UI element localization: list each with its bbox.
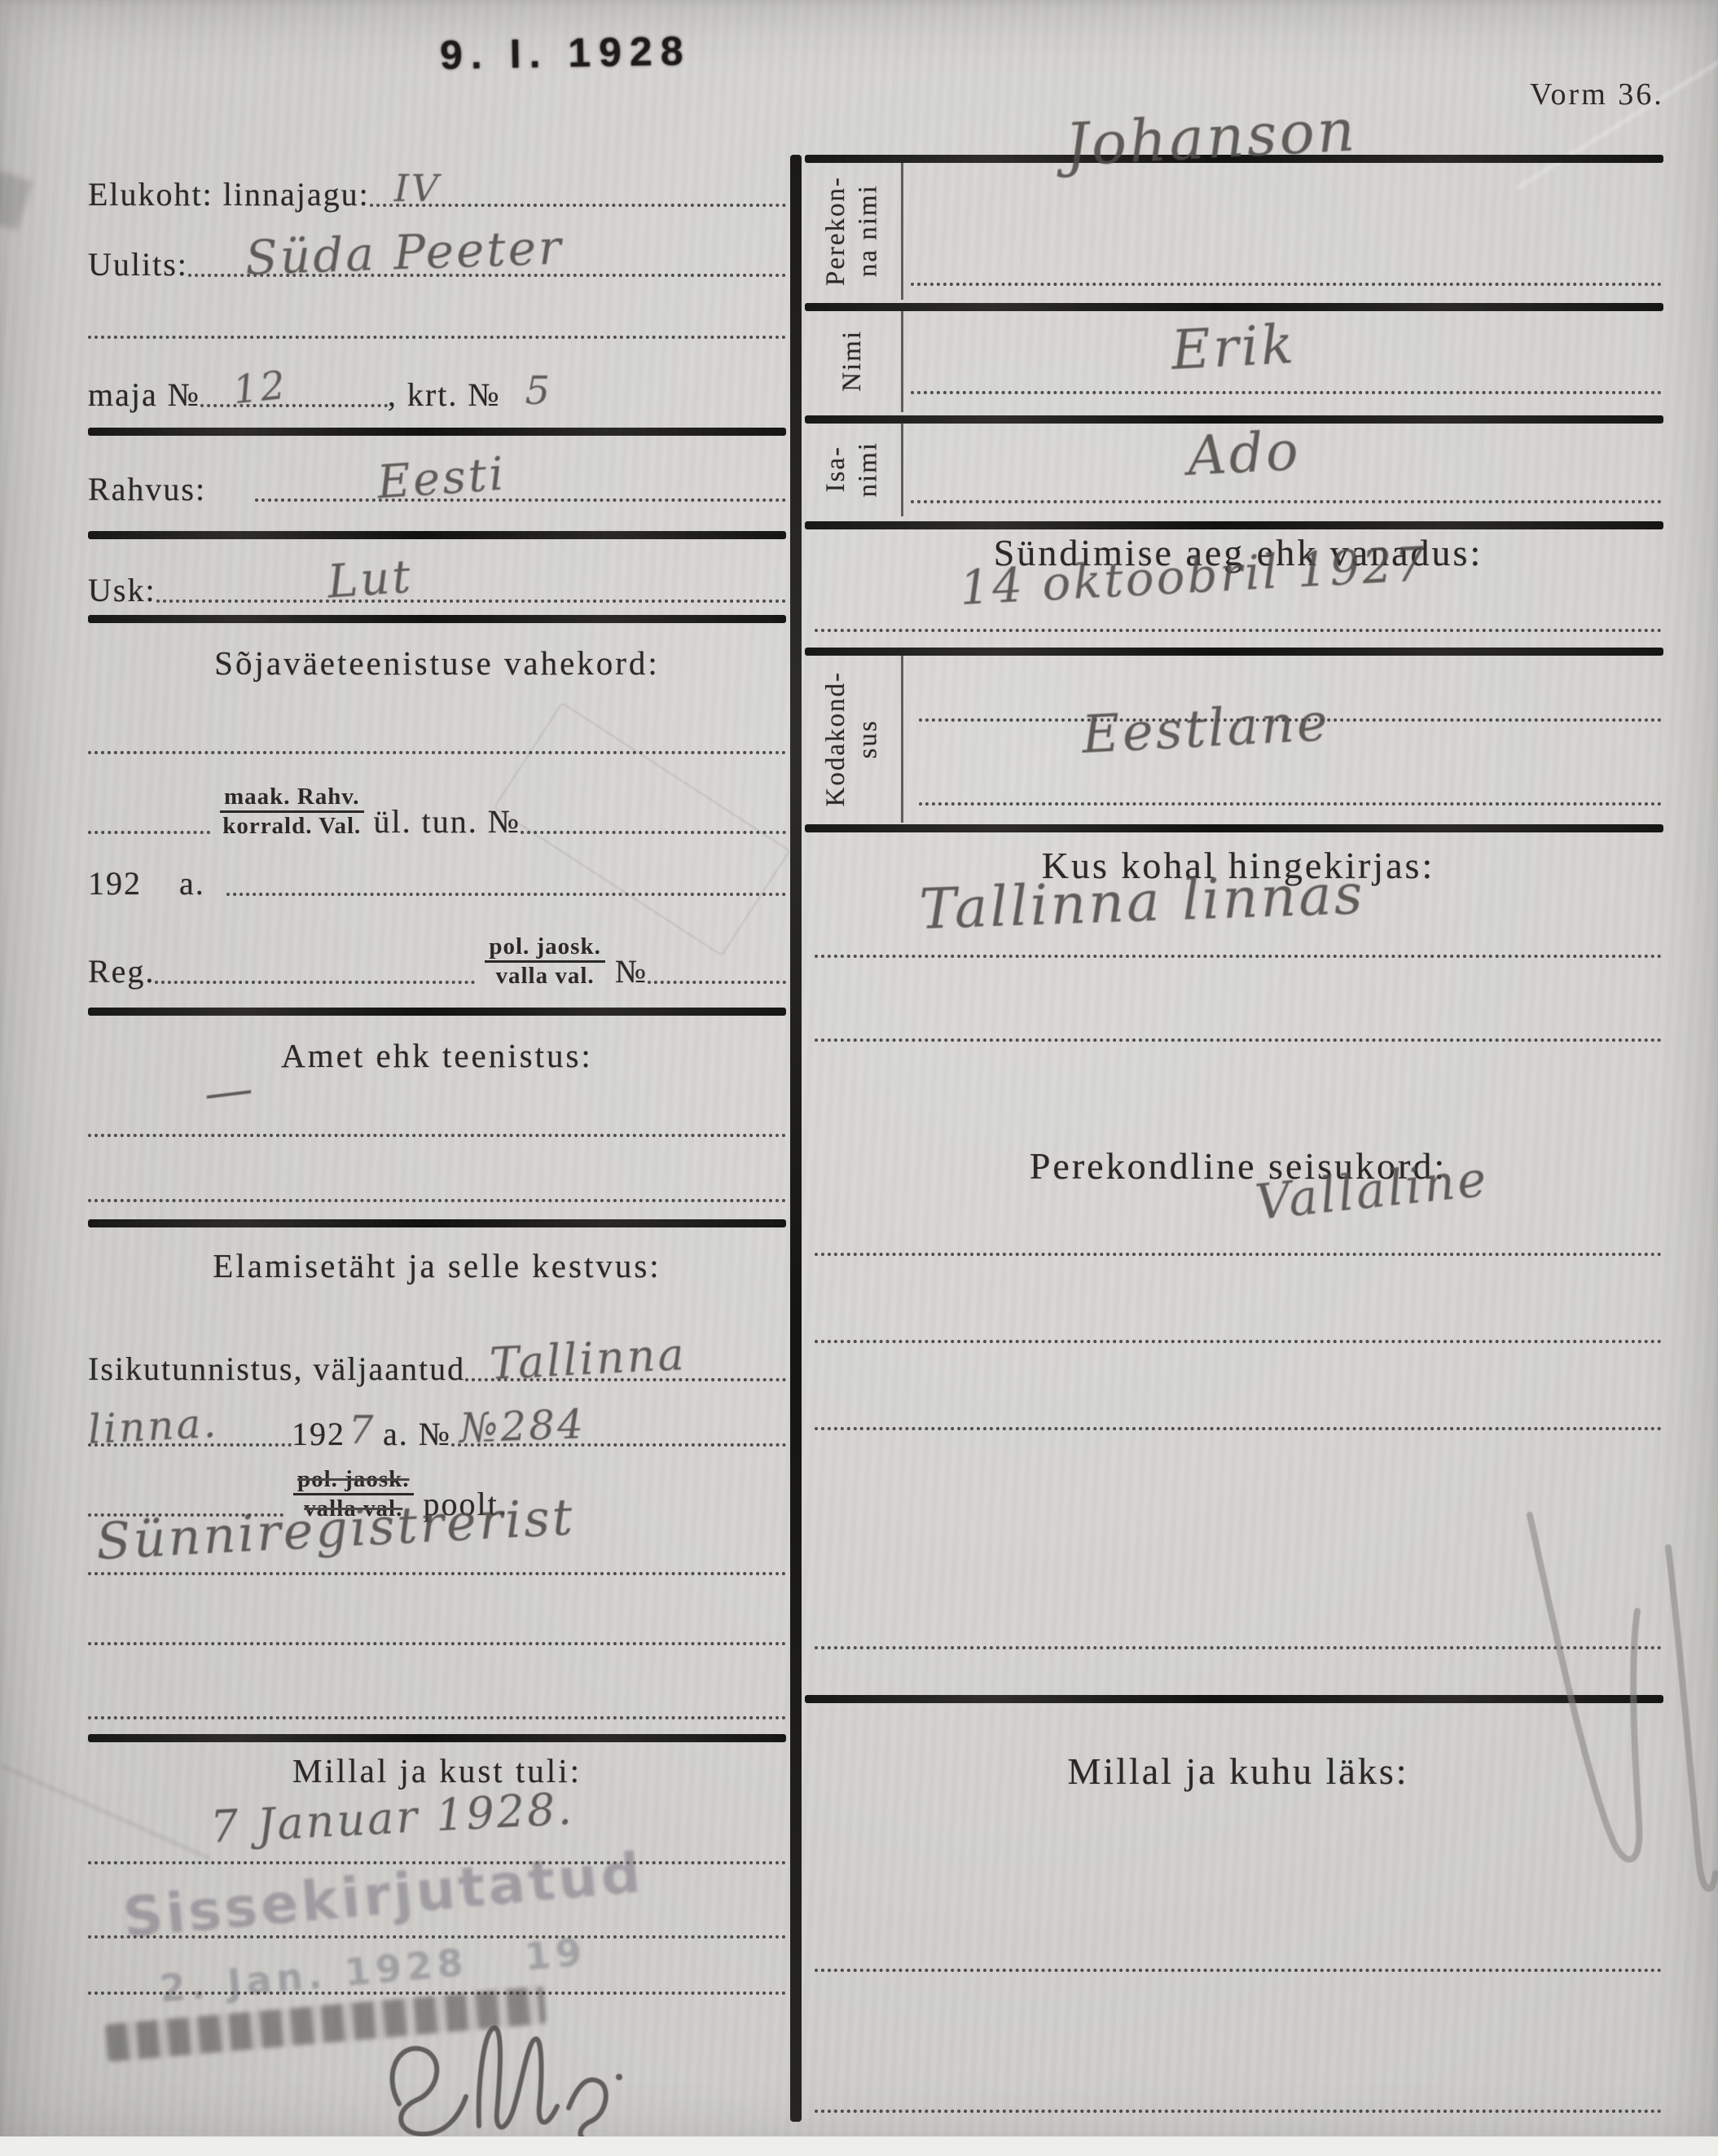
thick-rule bbox=[805, 824, 1663, 832]
dotted-line bbox=[815, 955, 1662, 958]
dotted-line: Tallinna bbox=[465, 1363, 786, 1381]
dotted-line bbox=[88, 1716, 786, 1719]
uulits-label: Uulits: bbox=[88, 245, 188, 283]
dotted-line bbox=[88, 815, 210, 834]
field-rahvus: Rahvus: Eesti bbox=[88, 450, 786, 508]
perekonnanimi-label-cell: Perekon- na nimi bbox=[805, 163, 903, 300]
thick-rule bbox=[88, 1008, 786, 1016]
dotted-line bbox=[815, 1253, 1662, 1256]
maak-fraction-top: maak. Rahv. bbox=[220, 784, 364, 812]
dotted-line: IV bbox=[370, 188, 786, 207]
isanimi-label-cell: Isa- nimi bbox=[805, 422, 903, 516]
amet-heading: Amet ehk teenistus: bbox=[88, 1036, 786, 1075]
reg-no-label: № bbox=[615, 952, 648, 990]
form-number: Vorm 36. bbox=[1530, 77, 1664, 112]
field-year: 192 a. bbox=[88, 850, 786, 902]
field-elukoht: Elukoht: linnajagu: IV bbox=[88, 160, 786, 213]
maak-fraction-bottom: korrald. Val. bbox=[222, 813, 361, 839]
dotted-line bbox=[911, 391, 1662, 394]
thick-rule bbox=[805, 521, 1663, 529]
nimi-label-cell: Nimi bbox=[805, 310, 903, 412]
dotted-line bbox=[815, 1038, 1662, 1042]
pol-fraction: pol. jaosk. valla val. bbox=[485, 933, 605, 989]
thick-rule bbox=[805, 648, 1663, 656]
dotted-line bbox=[815, 1340, 1662, 1343]
thick-rule bbox=[805, 303, 1663, 311]
dotted-line bbox=[88, 336, 786, 339]
dotted-line bbox=[88, 1642, 786, 1645]
year-suffix: a. bbox=[179, 864, 205, 902]
stamp-year-placeholder: 19 bbox=[523, 1930, 588, 1978]
krt-value-area: 5 bbox=[501, 392, 631, 407]
thick-rule bbox=[88, 531, 786, 539]
nimi-label: Nimi bbox=[837, 330, 869, 392]
dotted-line: №284 bbox=[451, 1428, 786, 1447]
rahvus-label: Rahvus: bbox=[88, 470, 206, 508]
elukoht-label: Elukoht: linnajagu: bbox=[88, 175, 370, 213]
field-maja-krt: maja № 12 , krt. № 5 bbox=[88, 355, 786, 414]
isanimi-handwritten-value: Ado bbox=[1186, 419, 1302, 488]
kodakondsus-handwritten-value: Eestlane bbox=[1080, 692, 1331, 766]
maja-handwritten-value: 12 bbox=[231, 362, 290, 414]
dotted-line bbox=[88, 751, 786, 754]
kodakondsus-label: Kodakond- sus bbox=[820, 671, 885, 806]
dotted-line bbox=[88, 1134, 786, 1137]
pol-fraction-top: pol. jaosk. bbox=[485, 933, 605, 962]
dotted-line bbox=[648, 965, 786, 984]
usk-handwritten-value: Lut bbox=[325, 550, 414, 608]
krt-label: , krt. № bbox=[388, 375, 501, 414]
pol-fraction-bottom: valla val. bbox=[495, 963, 594, 989]
dotted-line bbox=[815, 629, 1662, 632]
millal-tuli-heading: Millal ja kust tuli: bbox=[88, 1751, 786, 1790]
isikutunnistus-city-handwritten: Tallinna bbox=[489, 1328, 688, 1390]
perekonnanimi-label: Perekon- na nimi bbox=[820, 176, 885, 286]
year-label: 192 bbox=[88, 864, 142, 902]
elamisetaht-heading: Elamisetäht ja selle kestvus: bbox=[88, 1246, 786, 1285]
millal-tuli-handwritten-value: 7 Januar 1928. bbox=[209, 1783, 575, 1853]
dotted-line bbox=[88, 1199, 786, 1202]
field-maak-tunnistus: maak. Rahv. korrald. Val. ül. tun. № bbox=[88, 775, 786, 841]
maja-label: maja № bbox=[88, 375, 200, 414]
dotted-line bbox=[88, 1572, 786, 1575]
krt-handwritten-value: 5 bbox=[525, 368, 553, 414]
linna-handwritten: linna. bbox=[87, 1399, 220, 1453]
isik-no-handwritten: №284 bbox=[459, 1400, 587, 1451]
dotted-line: Lut bbox=[156, 584, 786, 603]
isik-year-label: 192 bbox=[292, 1415, 345, 1453]
poolt-fraction-top: pol. jaosk. bbox=[293, 1466, 414, 1495]
dotted-line: 12 bbox=[200, 389, 388, 407]
isik-a-no-label: a. № bbox=[383, 1415, 451, 1453]
isanimi-label: Isa- nimi bbox=[820, 441, 885, 498]
field-uulits: Uulits: Süda Peeter bbox=[88, 218, 786, 283]
isik-year-handwritten: 7 bbox=[349, 1407, 376, 1453]
dotted-line: Süda Peeter bbox=[188, 258, 786, 277]
thick-rule bbox=[88, 428, 786, 436]
uulits-handwritten-value: Süda Peeter bbox=[244, 219, 565, 286]
column-divider bbox=[790, 155, 802, 2122]
dotted-line bbox=[911, 500, 1662, 503]
dotted-line bbox=[919, 802, 1662, 806]
dotted-line bbox=[815, 1969, 1662, 1972]
rahvus-handwritten-value: Eesti bbox=[376, 448, 507, 510]
signature bbox=[375, 1978, 652, 2153]
spacer bbox=[469, 1970, 526, 1975]
isik-year-hw-area: 7 bbox=[345, 1431, 383, 1447]
perekondline-heading: Perekondline seisukord: bbox=[815, 1144, 1662, 1188]
paper-edge-tear bbox=[0, 169, 33, 231]
dotted-line bbox=[521, 815, 786, 834]
dotted-line bbox=[88, 1935, 786, 1939]
usk-label: Usk: bbox=[88, 571, 156, 609]
field-isikutunnistus: Isikutunnistus, väljaantud Tallinna bbox=[88, 1321, 786, 1388]
field-isikutunnistus-line2: linna. 192 7 a. № №284 bbox=[88, 1390, 786, 1453]
elukoht-handwritten-value: IV bbox=[394, 166, 441, 210]
thick-rule bbox=[88, 1734, 786, 1742]
dotted-line bbox=[155, 965, 475, 984]
dotted-line bbox=[226, 877, 786, 896]
field-reg: Reg. pol. jaosk. valla val. № bbox=[88, 925, 786, 990]
ul-tun-label: ül. tun. № bbox=[374, 802, 521, 841]
pencil-mark bbox=[1507, 1515, 1718, 1914]
isikutunnistus-label: Isikutunnistus, väljaantud bbox=[88, 1350, 465, 1388]
thick-rule bbox=[88, 1219, 786, 1227]
maak-fraction: maak. Rahv. korrald. Val. bbox=[220, 784, 364, 839]
field-usk: Usk: Lut bbox=[88, 551, 786, 609]
dotted-line bbox=[815, 2110, 1662, 2113]
perekonnanimi-handwritten-value: Johanson bbox=[1064, 95, 1359, 179]
dotted-line: Eesti bbox=[255, 483, 786, 502]
kodakondsus-label-cell: Kodakond- sus bbox=[805, 656, 903, 823]
reg-label: Reg. bbox=[88, 952, 155, 990]
amet-handwritten-dash: — bbox=[200, 1060, 258, 1122]
scanned-registration-form: 9. I. 1928 Vorm 36. Elukoht: linnajagu: … bbox=[0, 0, 1718, 2156]
dotted-line bbox=[815, 1427, 1662, 1430]
date-stamp: 9. I. 1928 bbox=[440, 27, 692, 78]
thick-rule bbox=[88, 615, 786, 623]
nimi-handwritten-value: Erik bbox=[1170, 313, 1298, 382]
dotted-line: linna. bbox=[88, 1428, 292, 1447]
sojavae-heading: Sõjaväeteenistuse vahekord: bbox=[88, 643, 786, 683]
dotted-line bbox=[911, 283, 1662, 286]
scanner-background-strip bbox=[0, 2136, 1718, 2156]
